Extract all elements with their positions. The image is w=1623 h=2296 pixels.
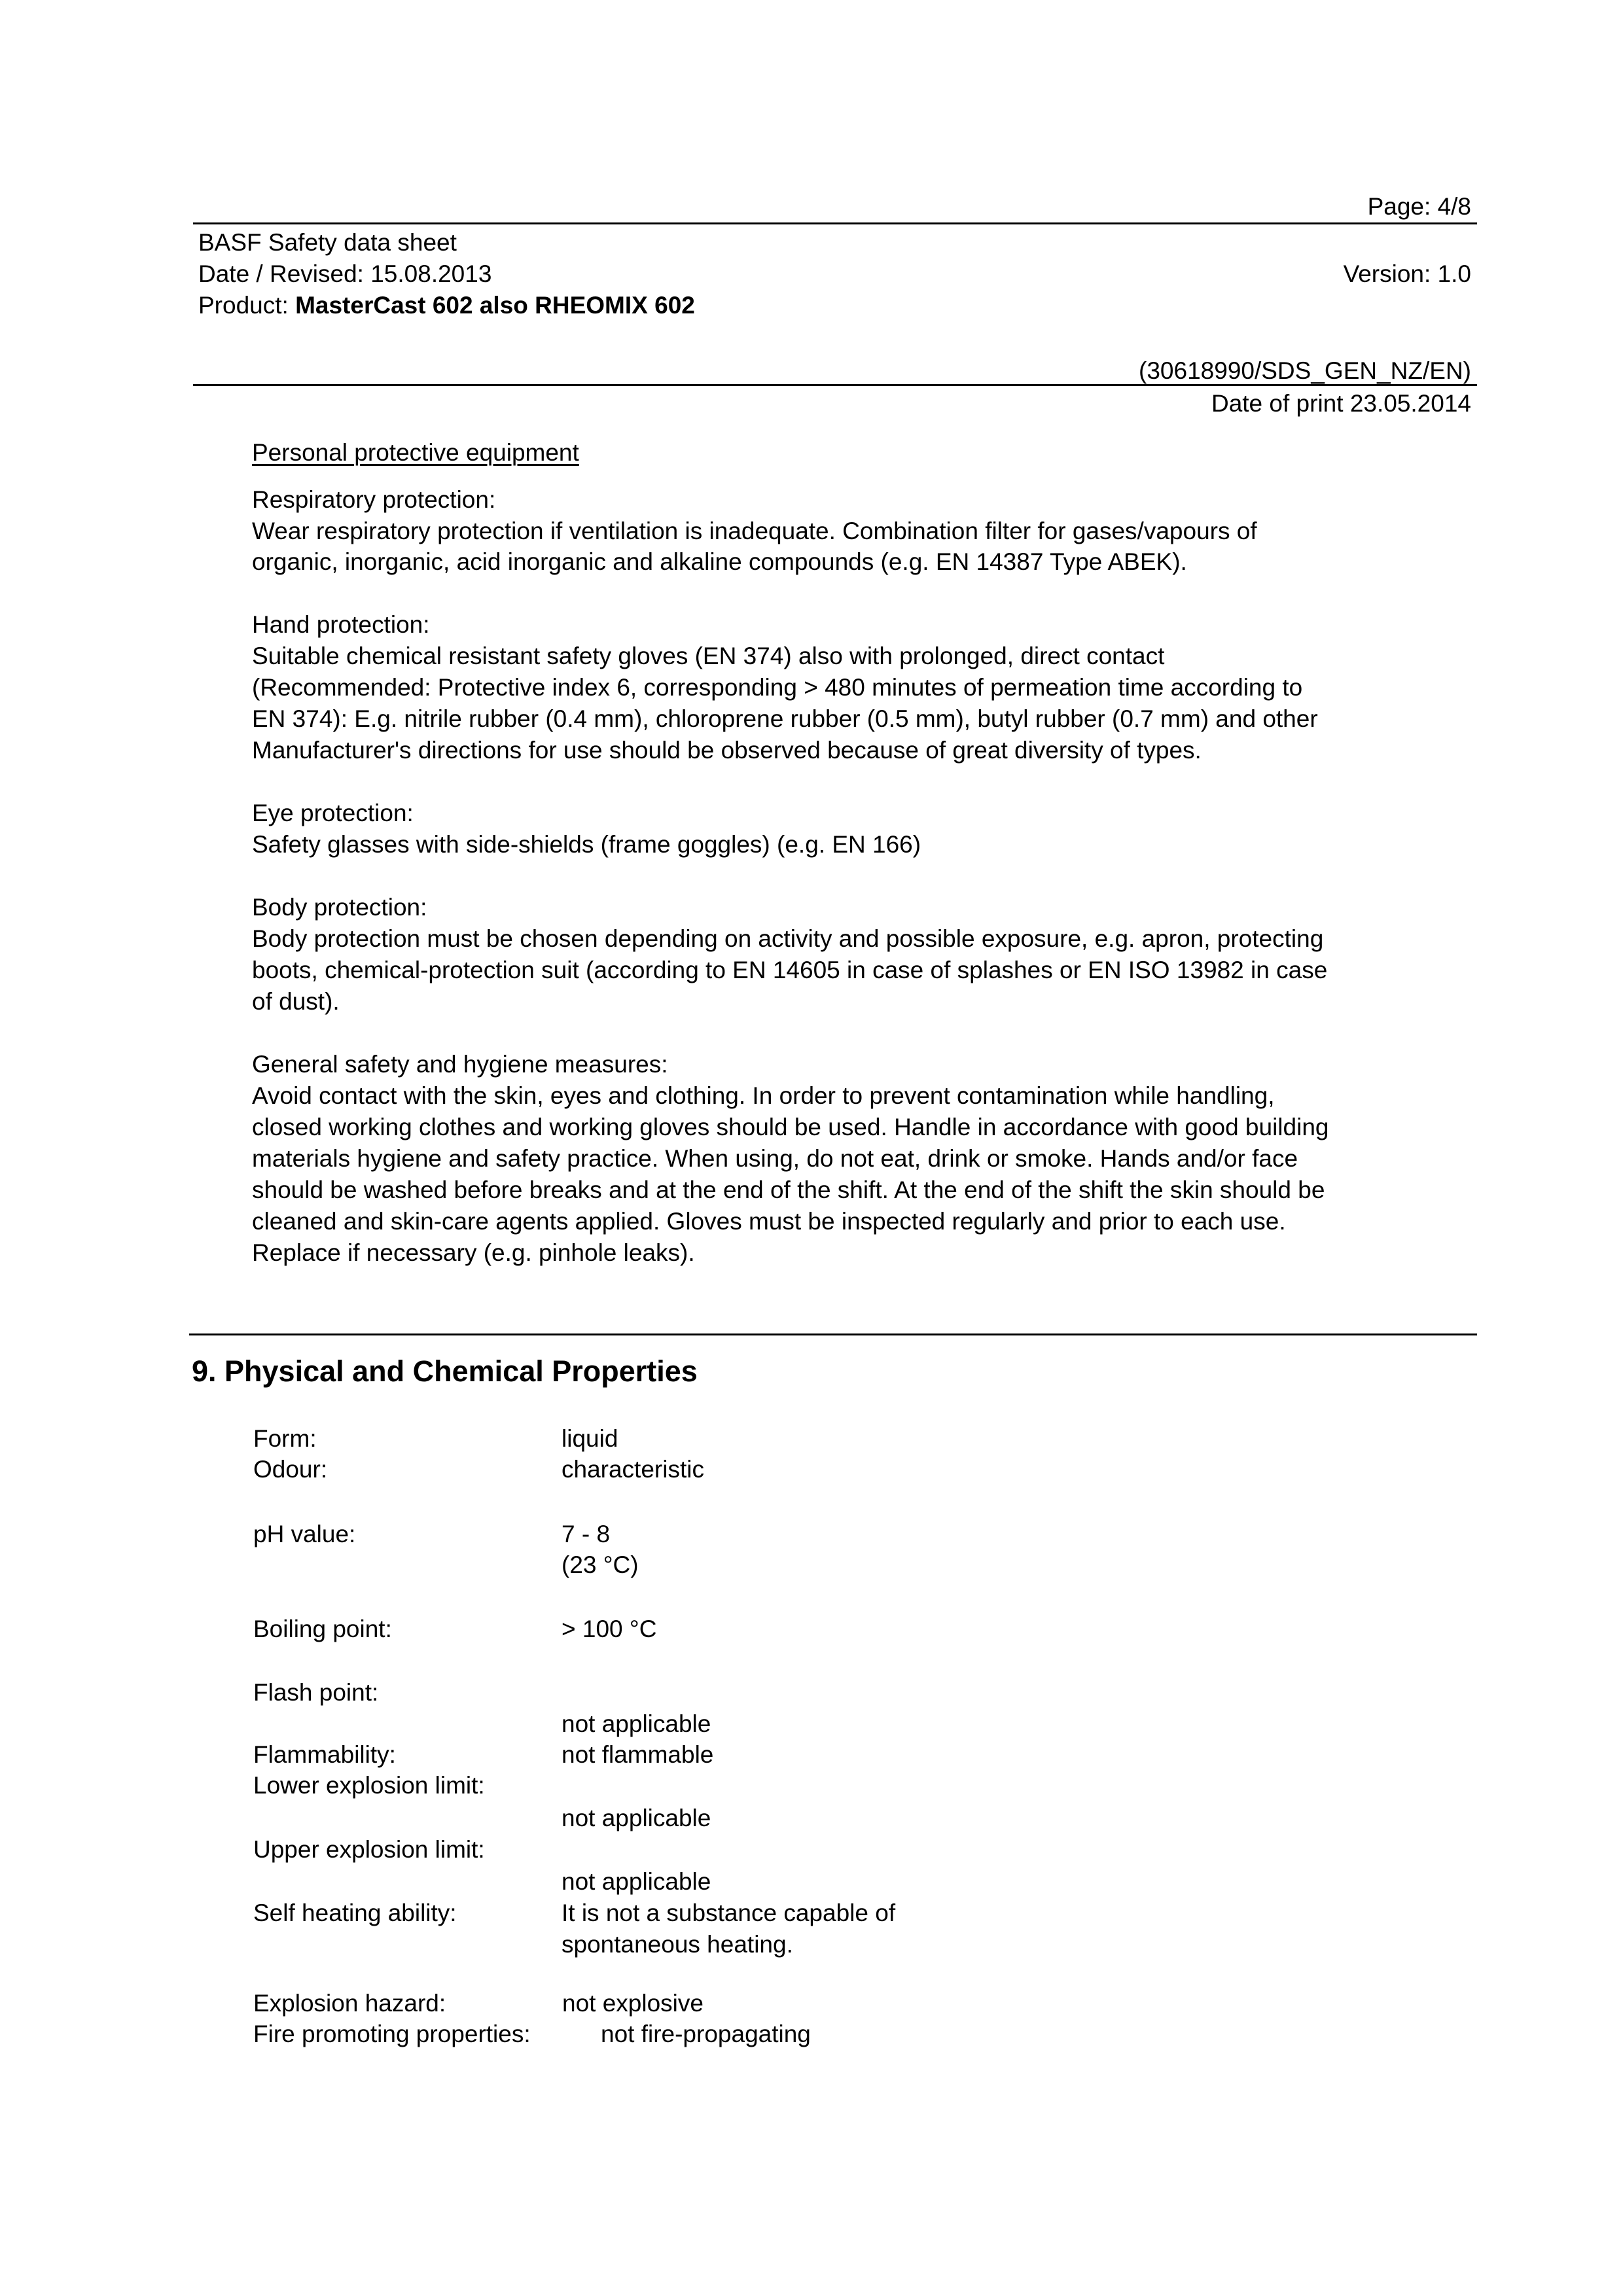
prop-label-flash: Flash point: <box>253 1677 378 1708</box>
prop-value-ph: 7 - 8 <box>562 1519 610 1550</box>
header-bottom-rule <box>193 384 1477 386</box>
product-label: Product: <box>198 292 295 319</box>
date-revised: Date / Revised: 15.08.2013 <box>198 258 491 290</box>
prop-value-self-heating: It is not a substance capable of <box>562 1898 895 1929</box>
prop-value-boiling: > 100 °C <box>562 1614 656 1645</box>
hand-line: (Recommended: Protective index 6, corres… <box>252 672 1302 703</box>
section-9-rule <box>189 1333 1477 1335</box>
prop-label-upper-explosion: Upper explosion limit: <box>253 1834 485 1865</box>
version: Version: 1.0 <box>1344 258 1471 290</box>
general-line: should be washed before breaks and at th… <box>252 1174 1325 1206</box>
prop-label-self-heating: Self heating ability: <box>253 1898 457 1929</box>
prop-value-upper-explosion: not applicable <box>562 1866 711 1898</box>
hand-line: Suitable chemical resistant safety glove… <box>252 641 1164 672</box>
general-line: materials hygiene and safety practice. W… <box>252 1143 1298 1174</box>
ppe-title: Personal protective equipment <box>252 437 579 468</box>
prop-label-boiling: Boiling point: <box>253 1614 392 1645</box>
hand-line: EN 374): E.g. nitrile rubber (0.4 mm), c… <box>252 703 1318 735</box>
hand-heading: Hand protection: <box>252 609 430 641</box>
eye-heading: Eye protection: <box>252 798 414 829</box>
prop-value-fire-promoting: not fire-propagating <box>601 2019 811 2050</box>
prop-label-lower-explosion: Lower explosion limit: <box>253 1770 485 1801</box>
prop-note-ph: (23 °C) <box>562 1549 639 1581</box>
general-heading: General safety and hygiene measures: <box>252 1049 668 1080</box>
doc-title: BASF Safety data sheet <box>198 227 457 258</box>
prop-value-flash: not applicable <box>562 1708 711 1740</box>
prop-label-explosion-hazard: Explosion hazard: <box>253 1988 446 2019</box>
respiratory-line: organic, inorganic, acid inorganic and a… <box>252 546 1187 578</box>
hand-line: Manufacturer's directions for use should… <box>252 735 1202 766</box>
section-9-title: 9. Physical and Chemical Properties <box>192 1353 698 1390</box>
body-line: Body protection must be chosen depending… <box>252 923 1323 955</box>
general-line: Replace if necessary (e.g. pinhole leaks… <box>252 1237 695 1269</box>
general-line: cleaned and skin-care agents applied. Gl… <box>252 1206 1286 1237</box>
prop-value-form: liquid <box>562 1423 618 1455</box>
header-top-rule <box>193 222 1477 224</box>
prop-value-explosion-hazard: not explosive <box>562 1988 704 2019</box>
respiratory-heading: Respiratory protection: <box>252 484 495 516</box>
prop-label-flammability: Flammability: <box>253 1739 396 1771</box>
product-name: MasterCast 602 also RHEOMIX 602 <box>295 292 695 319</box>
prop-label-fire-promoting: Fire promoting properties: <box>253 2019 531 2050</box>
general-line: Avoid contact with the skin, eyes and cl… <box>252 1080 1274 1112</box>
prop-value-odour: characteristic <box>562 1454 704 1485</box>
print-date: Date of print 23.05.2014 <box>1211 388 1471 419</box>
page-number: Page: 4/8 <box>1368 191 1471 222</box>
prop-value-lower-explosion: not applicable <box>562 1803 711 1834</box>
prop-label-odour: Odour: <box>253 1454 327 1485</box>
body-heading: Body protection: <box>252 892 427 923</box>
prop-value-flammability: not flammable <box>562 1739 713 1771</box>
eye-line: Safety glasses with side-shields (frame … <box>252 829 921 860</box>
prop-value-self-heating-cont: spontaneous heating. <box>562 1929 793 1960</box>
body-line: boots, chemical-protection suit (accordi… <box>252 955 1327 986</box>
respiratory-line: Wear respiratory protection if ventilati… <box>252 516 1257 547</box>
prop-label-form: Form: <box>253 1423 317 1455</box>
product-line: Product: MasterCast 602 also RHEOMIX 602 <box>198 290 695 321</box>
general-line: closed working clothes and working glove… <box>252 1112 1329 1143</box>
prop-label-ph: pH value: <box>253 1519 355 1550</box>
body-line: of dust). <box>252 986 340 1017</box>
doc-code: (30618990/SDS_GEN_NZ/EN) <box>1139 355 1471 387</box>
